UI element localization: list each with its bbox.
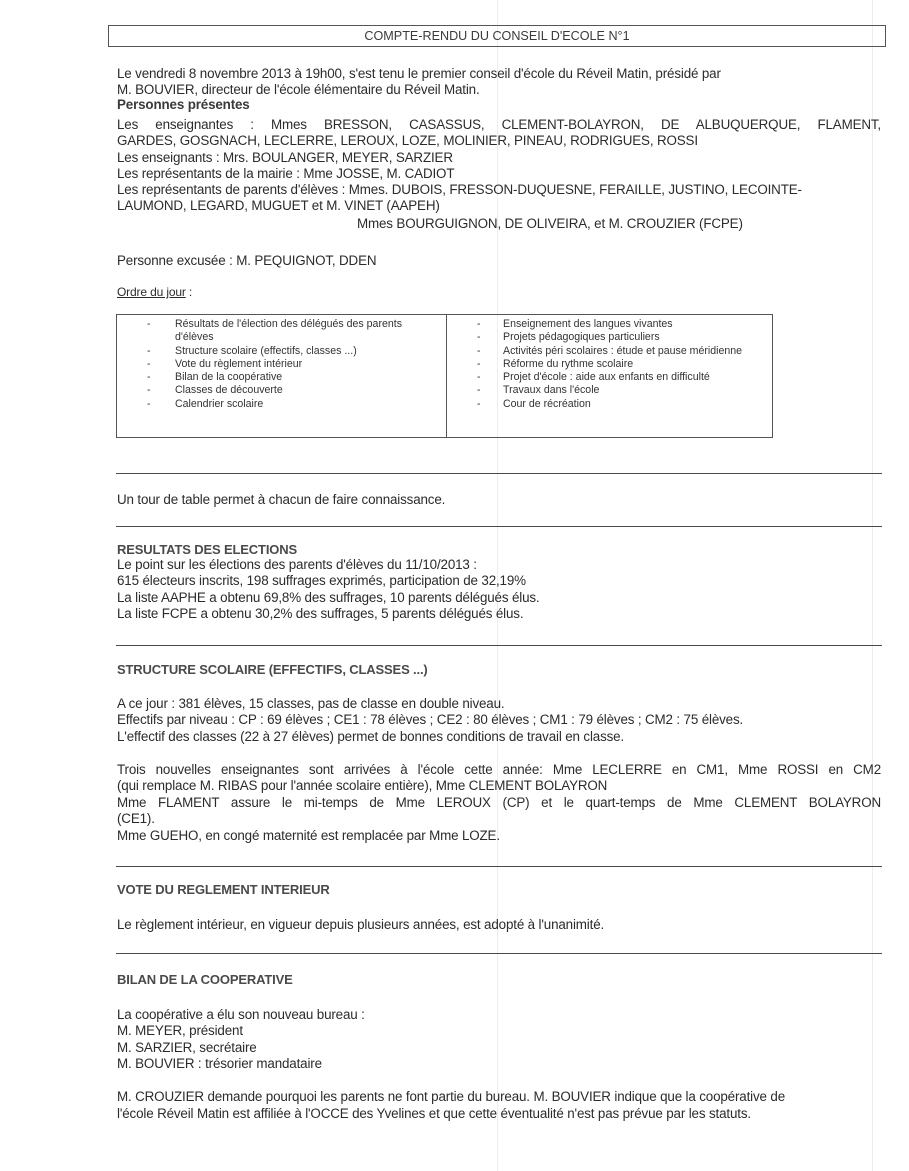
section-divider [116, 526, 882, 527]
structure-line: Effectifs par niveau : CP : 69 élèves ; … [117, 712, 743, 728]
agenda-item-text: Résultats de l'élection des délégués des… [175, 318, 446, 345]
intro-line: M. BOUVIER, directeur de l'école élément… [117, 82, 480, 98]
excused-line: Personne excusée : M. PEQUIGNOT, DDEN [117, 253, 376, 269]
structure-line: A ce jour : 381 élèves, 15 classes, pas … [117, 696, 504, 712]
intro-line: Le vendredi 8 novembre 2013 à 19h00, s'e… [117, 66, 721, 82]
agenda-item: -Travaux dans l'école [447, 384, 772, 397]
agenda-item: -Cour de récréation [447, 398, 772, 411]
attendees-town-hall: Les représentants de la mairie : Mme JOS… [117, 166, 454, 182]
attendees-heading: Personnes présentes [117, 97, 250, 113]
agenda-item: -Bilan de la coopérative [117, 371, 446, 384]
agenda-item-text: Calendrier scolaire [175, 398, 446, 411]
structure-staff-line: Mme FLAMENT assure le mi-temps de Mme LE… [117, 795, 881, 811]
structure-staff-line: Trois nouvelles enseignantes sont arrivé… [117, 762, 881, 778]
bullet-dash-icon: - [117, 384, 175, 397]
agenda-item: -Activités péri scolaires : étude et pau… [447, 345, 772, 358]
agenda-item: -Structure scolaire (effectifs, classes … [117, 345, 446, 358]
attendees-parents-cont: LAUMOND, LEGARD, MUGUET et M. VINET (AAP… [117, 198, 440, 214]
agenda-item: -Résultats de l'élection des délégués de… [117, 318, 446, 345]
agenda-item-text: Vote du règlement intérieur [175, 358, 446, 371]
attendees-teachers-f: Les enseignantes : Mmes BRESSON, CASASSU… [117, 117, 881, 133]
attendees-teachers-m: Les enseignants : Mrs. BOULANGER, MEYER,… [117, 150, 453, 166]
cooperative-line: La coopérative a élu son nouveau bureau … [117, 1007, 365, 1023]
attendees-parents: Les représentants de parents d'élèves : … [117, 182, 802, 198]
structure-heading: STRUCTURE SCOLAIRE (EFFECTIFS, CLASSES .… [117, 662, 428, 678]
section-divider [116, 866, 882, 867]
agenda-item-text: Activités péri scolaires : étude et paus… [503, 345, 772, 358]
bullet-dash-icon: - [117, 371, 175, 384]
bullet-dash-icon: - [447, 345, 503, 358]
agenda-item: -Projet d'école : aide aux enfants en di… [447, 371, 772, 384]
cooperative-discussion: l'école Réveil Matin est affiliée à l'OC… [117, 1106, 751, 1122]
bullet-dash-icon: - [447, 331, 503, 344]
cooperative-line: M. BOUVIER : trésorier mandataire [117, 1056, 322, 1072]
rules-vote-text: Le règlement intérieur, en vigueur depui… [117, 917, 604, 933]
agenda-column-left: -Résultats de l'élection des délégués de… [117, 315, 447, 437]
elections-line: La liste AAPHE a obtenu 69,8% des suffra… [117, 590, 540, 606]
bullet-dash-icon: - [117, 398, 175, 411]
agenda-label: Ordre du jour : [117, 284, 192, 300]
bullet-dash-icon: - [447, 398, 503, 411]
agenda-item: -Classes de découverte [117, 384, 446, 397]
agenda-column-right: -Enseignement des langues vivantes-Proje… [447, 315, 772, 437]
elections-line: Le point sur les élections des parents d… [117, 557, 477, 573]
agenda-item-text: Bilan de la coopérative [175, 371, 446, 384]
agenda-item-text: Travaux dans l'école [503, 384, 772, 397]
agenda-item: -Calendrier scolaire [117, 398, 446, 411]
rules-vote-heading: VOTE DU REGLEMENT INTERIEUR [117, 882, 330, 898]
agenda-label-text: Ordre du jour [117, 285, 186, 299]
document-title: COMPTE-RENDU DU CONSEIL D'ECOLE N°1 [108, 25, 886, 47]
bullet-dash-icon: - [447, 384, 503, 397]
elections-line: La liste FCPE a obtenu 30,2% des suffrag… [117, 606, 523, 622]
bullet-dash-icon: - [117, 345, 175, 358]
cooperative-line: M. SARZIER, secrétaire [117, 1040, 257, 1056]
agenda-item: -Vote du règlement intérieur [117, 358, 446, 371]
agenda-item-text: Classes de découverte [175, 384, 446, 397]
section-divider [116, 953, 882, 954]
structure-staff-line: (qui remplace M. RIBAS pour l'année scol… [117, 778, 607, 794]
bullet-dash-icon: - [447, 318, 503, 331]
agenda-item-text: Cour de récréation [503, 398, 772, 411]
agenda-item: -Réforme du rythme scolaire [447, 358, 772, 371]
tour-de-table-text: Un tour de table permet à chacun de fair… [117, 492, 445, 508]
agenda-item-text: Enseignement des langues vivantes [503, 318, 772, 331]
agenda-table: -Résultats de l'élection des délégués de… [116, 314, 773, 438]
agenda-item-text: Réforme du rythme scolaire [503, 358, 772, 371]
section-divider [116, 645, 882, 646]
elections-line: 615 électeurs inscrits, 198 suffrages ex… [117, 573, 526, 589]
cooperative-heading: BILAN DE LA COOPERATIVE [117, 972, 293, 988]
cooperative-line: M. MEYER, président [117, 1023, 243, 1039]
bullet-dash-icon: - [117, 318, 175, 345]
structure-staff-line: (CE1). [117, 811, 155, 827]
scan-artifact-line [872, 0, 873, 1171]
agenda-item-text: Structure scolaire (effectifs, classes .… [175, 345, 446, 358]
elections-heading: RESULTATS DES ELECTIONS [117, 542, 297, 558]
bullet-dash-icon: - [447, 371, 503, 384]
agenda-item: -Projets pédagogiques particuliers [447, 331, 772, 344]
cooperative-discussion: M. CROUZIER demande pourquoi les parents… [117, 1089, 785, 1105]
structure-staff-line: Mme GUEHO, en congé maternité est rempla… [117, 828, 500, 844]
attendees-teachers-f-cont: GARDES, GOSGNACH, LECLERRE, LEROUX, LOZE… [117, 133, 698, 149]
agenda-item-text: Projet d'école : aide aux enfants en dif… [503, 371, 772, 384]
bullet-dash-icon: - [447, 358, 503, 371]
structure-line: L'effectif des classes (22 à 27 élèves) … [117, 729, 624, 745]
agenda-item: -Enseignement des langues vivantes [447, 318, 772, 331]
agenda-label-suffix: : [186, 285, 192, 299]
agenda-item-text: Projets pédagogiques particuliers [503, 331, 772, 344]
section-divider [116, 473, 882, 474]
attendees-parents-fcpe: Mmes BOURGUIGNON, DE OLIVEIRA, et M. CRO… [357, 216, 743, 232]
bullet-dash-icon: - [117, 358, 175, 371]
